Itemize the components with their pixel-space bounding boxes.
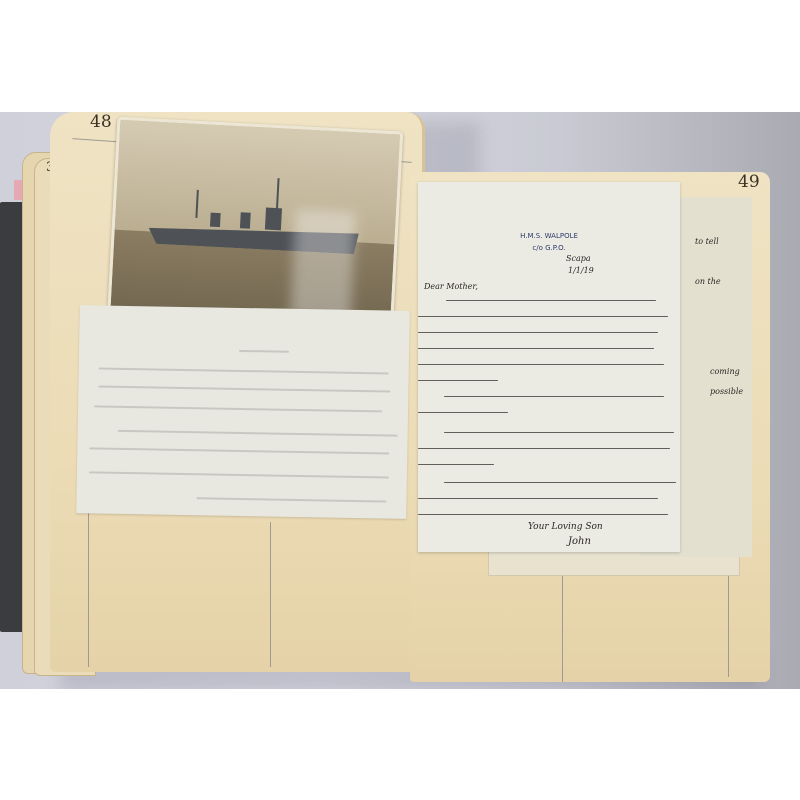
ship-bridge [265, 208, 282, 231]
scrapbook-photo: 38 48 49 to tell on the coming possible … [0, 112, 800, 689]
page-number-right: 49 [738, 172, 760, 192]
margin-text: to tell [695, 237, 719, 246]
pencil-writing [99, 367, 389, 374]
handwriting-line [418, 364, 664, 365]
handwriting-line [444, 432, 674, 433]
photo-glare [290, 209, 356, 322]
handwriting-line [418, 348, 654, 349]
pencil-note [76, 305, 410, 519]
ship-postcard: H.M.S. WALPOLE [107, 117, 403, 338]
handwriting-line [418, 464, 494, 465]
letter-date: 1/1/19 [568, 266, 594, 275]
handwriting-line [446, 300, 656, 301]
letter-place: Scapa [566, 254, 591, 263]
handwriting-line [418, 316, 668, 317]
handwriting-line [418, 380, 498, 381]
ship-funnel [210, 213, 221, 228]
margin-text: on the [695, 277, 721, 286]
pencil-writing [94, 405, 382, 412]
letter-closing: Your Loving Son [528, 522, 603, 532]
ship-funnel [240, 212, 251, 229]
letter-salutation: Dear Mother, [424, 282, 478, 291]
handwriting-line [418, 332, 658, 333]
pencil-writing [118, 430, 398, 437]
page-rule [270, 522, 271, 667]
pencil-writing [89, 471, 389, 478]
margin-text: coming [710, 367, 740, 376]
handwriting-line [444, 482, 676, 483]
handwritten-letter: H.M.S. WALPOLE c/o G.P.O. Scapa 1/1/19 D… [418, 182, 680, 552]
pencil-writing [239, 350, 289, 353]
handwriting-line [418, 514, 668, 515]
pencil-writing [89, 447, 389, 454]
letterhead: H.M.S. WALPOLE c/o G.P.O. [418, 230, 680, 254]
pencil-writing [196, 497, 386, 502]
page-number-left: 48 [90, 112, 112, 132]
letterhead-address: c/o G.P.O. [418, 242, 680, 254]
handwriting-line [444, 396, 664, 397]
handwriting-line [418, 448, 670, 449]
pencil-writing [98, 385, 390, 392]
margin-text: possible [710, 387, 743, 396]
handwriting-line [418, 498, 658, 499]
handwriting-line [418, 412, 508, 413]
page-rule [88, 512, 89, 667]
letterhead-ship: H.M.S. WALPOLE [418, 230, 680, 242]
letter-signature: John [568, 536, 591, 547]
